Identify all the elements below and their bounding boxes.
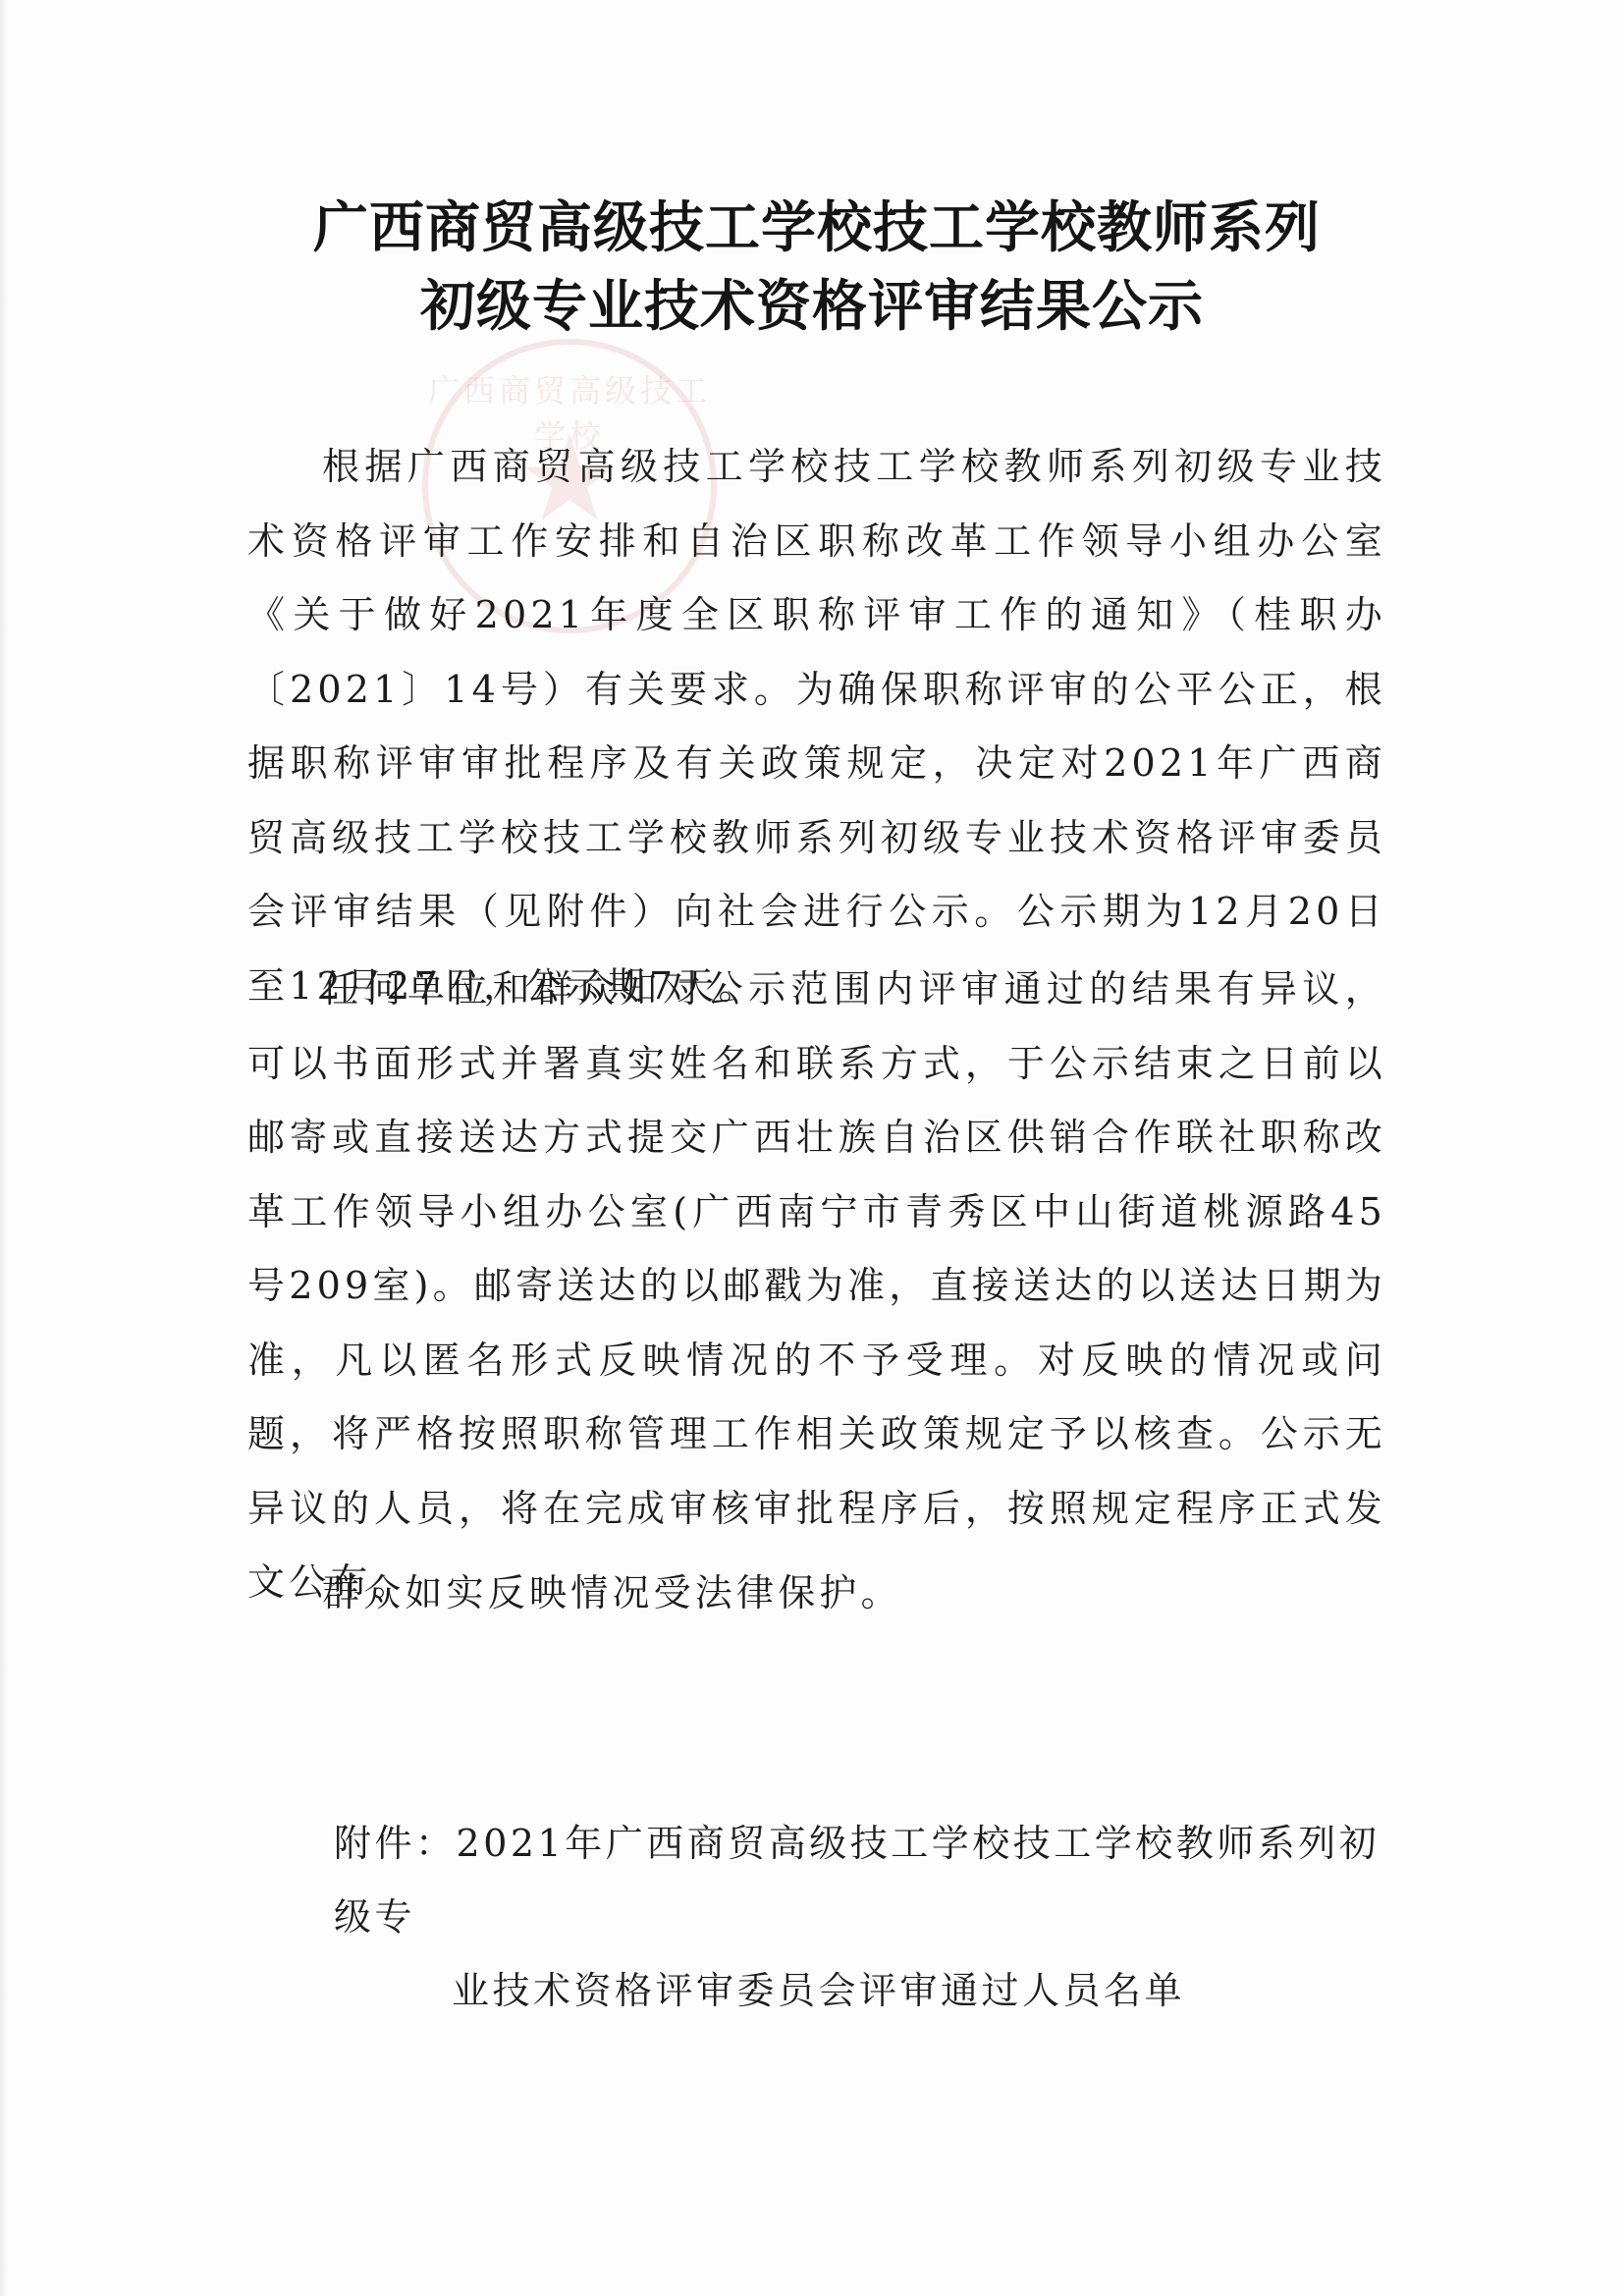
paragraph-text: 群众如实反映情况受法律保护。: [247, 1557, 1386, 1631]
page-title-line-1: 广西商贸高级技工学校技工学校教师系列: [10, 185, 1624, 263]
attachment-title-line-1: 2021年广西商贸高级技工学校技工学校教师系列初级专: [334, 1822, 1380, 1939]
attachment-note: 附件：2021年广西商贸高级技工学校技工学校教师系列初级专 业技术资格评审委员会…: [334, 1807, 1414, 2028]
body-paragraph-1: 根据广西商贸高级技工学校技工学校教师系列初级专业技术资格评审工作安排和自治区职称…: [247, 430, 1386, 1023]
body-paragraph-2: 任何单位和群众如对公示范围内评审通过的结果有异议，可以书面形式并署真实姓名和联系…: [247, 953, 1386, 1620]
attachment-title-line-2: 业技术资格评审委员会评审通过人员名单: [334, 1954, 1414, 2028]
scan-edge-shadow: [0, 0, 8, 2296]
attachment-label: 附件：: [334, 1822, 457, 1865]
paragraph-text: 根据广西商贸高级技工学校技工学校教师系列初级专业技术资格评审工作安排和自治区职称…: [247, 430, 1386, 1023]
page-title-line-2: 初级专业技术资格评审结果公示: [0, 263, 1624, 342]
body-paragraph-3: 群众如实反映情况受法律保护。: [247, 1557, 1386, 1631]
paragraph-text: 任何单位和群众如对公示范围内评审通过的结果有异议，可以书面形式并署真实姓名和联系…: [247, 953, 1386, 1620]
document-page: 广西商贸高级技工学校 ★ 广西商贸高级技工学校技工学校教师系列 初级专业技术资格…: [0, 0, 1624, 2296]
